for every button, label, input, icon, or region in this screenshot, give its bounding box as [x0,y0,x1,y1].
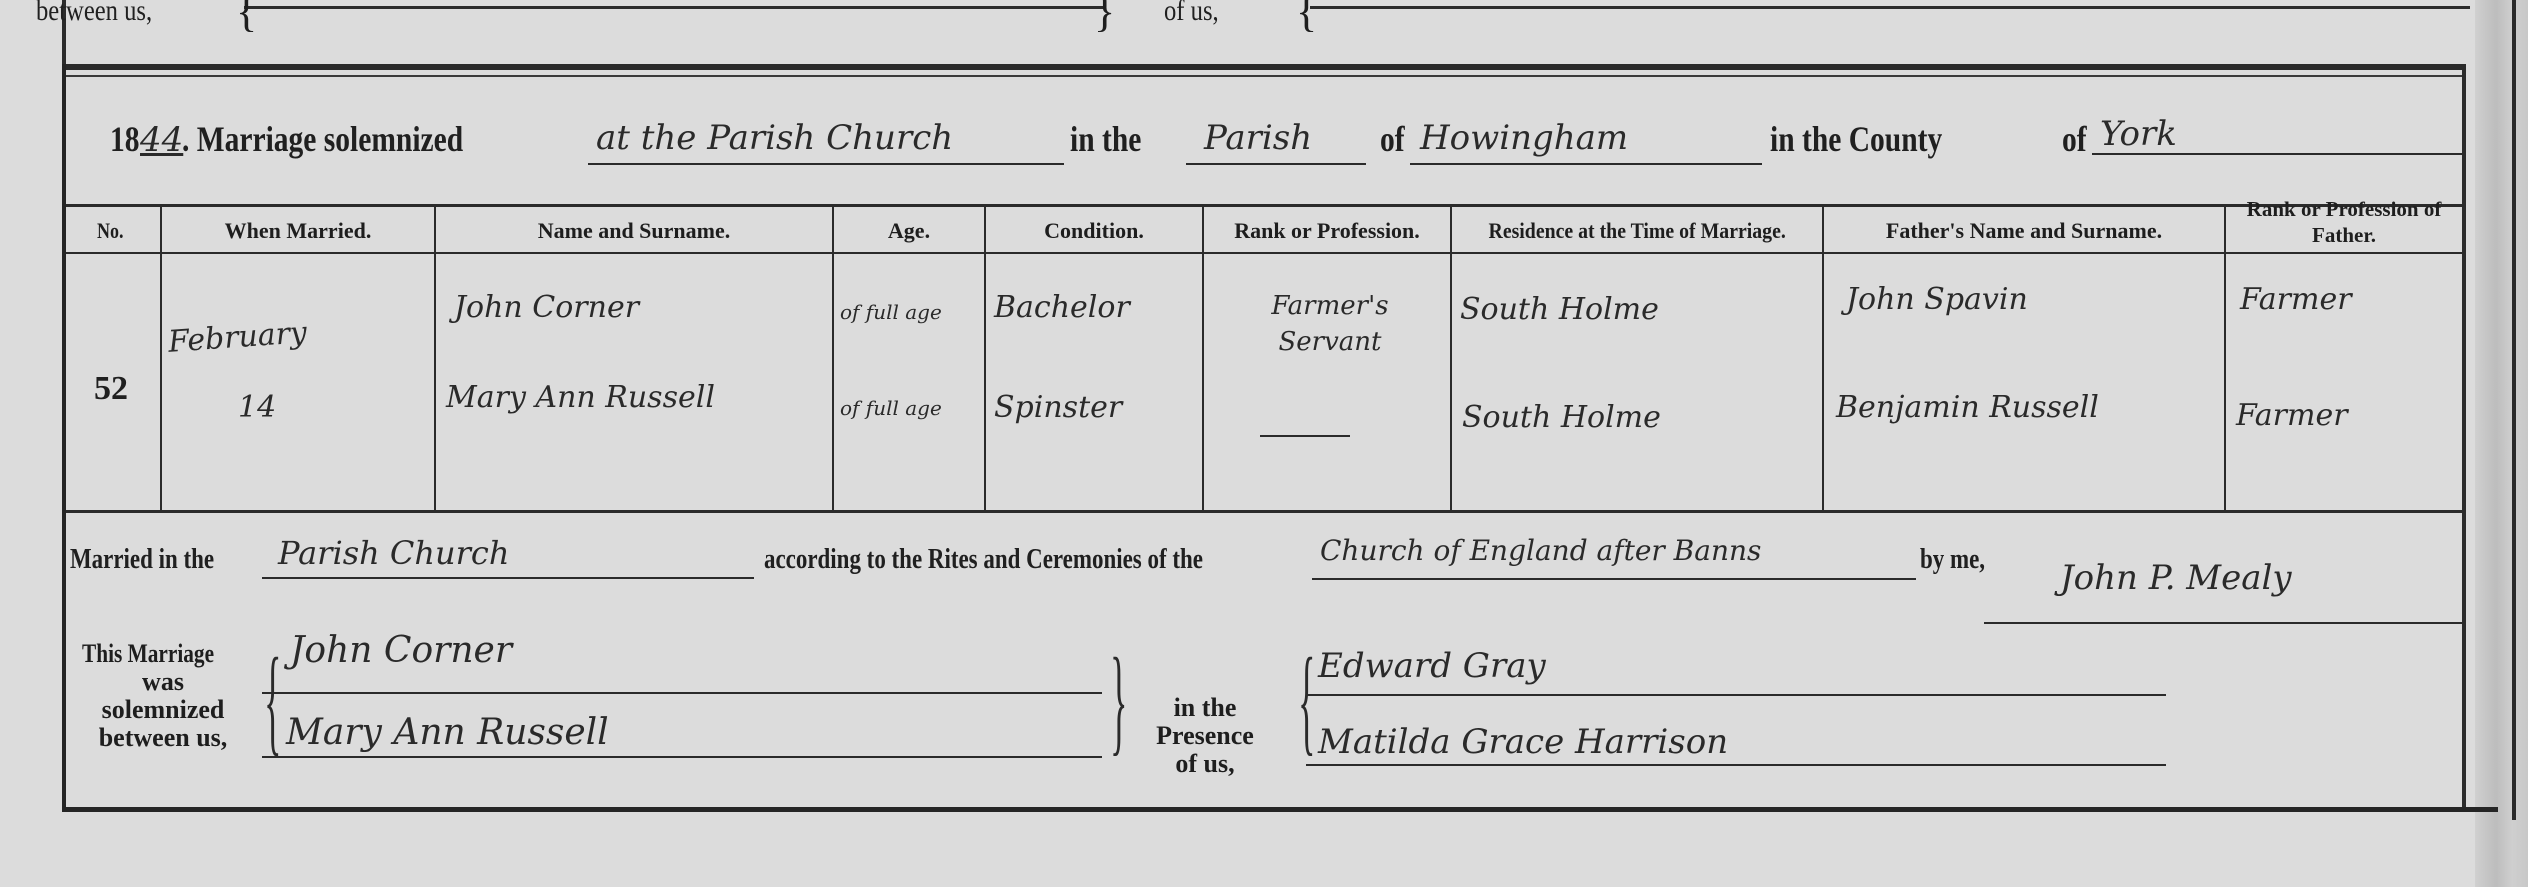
header-label: Residence at the Time of Marriage. [1488,218,1785,244]
label-line: was [142,668,184,696]
column-header-name: Name and Surname. [436,218,832,244]
label-line: between us, [99,724,228,752]
previous-entry-fragment: between us, { } of us, { [0,0,2528,60]
bride-residence: South Holme [1462,400,1661,435]
groom-residence: South Holme [1460,292,1659,327]
district-underline [1186,163,1366,165]
brace-icon: { [236,0,257,37]
table-bottom-rule [66,510,2462,513]
groom-age: of full age [840,300,942,324]
bride-signature: Mary Ann Russell [286,712,609,753]
header-label: Name and Surname. [538,218,731,244]
column-divider [2224,206,2226,512]
column-header-father-name: Father's Name and Surname. [1824,218,2224,244]
married-in-value: Parish Church [278,534,509,572]
column-header-residence: Residence at the Time of Marriage. [1452,218,1822,244]
column-header-when-married: When Married. [162,218,434,244]
frame-right-border [2462,64,2466,807]
column-header-rank: Rank or Profession. [1204,218,1450,244]
when-married-day: 14 [238,390,276,425]
header-label: Age. [888,218,930,244]
brace-icon: } [1110,640,1127,760]
column-divider [984,206,986,512]
place-underline [588,163,1064,165]
page-edge-border [2512,0,2516,820]
column-header-age: Age. [834,218,984,244]
header-label: Rank or Profession. [1234,218,1420,244]
rites-value: Church of England after Banns [1320,534,1761,567]
in-presence-of-us-label: in the Presence of us, [1140,694,1270,778]
previous-underline [1310,6,2470,9]
header-label: When Married. [225,218,372,244]
entry-number: 52 [94,370,128,408]
witness-2-underline [1306,764,2166,766]
previous-of-us-label: of us, [1164,0,1219,28]
witness-2-signature: Matilda Grace Harrison [1318,722,1728,762]
parish-underline [1410,163,1762,165]
officiant-underline [1984,622,2464,624]
label-line: This Marriage [82,640,214,668]
marriage-solemnized-label: . Marriage solemnized [182,118,463,160]
brace-icon: { [264,640,281,760]
by-me-label: by me, [1920,544,1985,576]
label-line: of us, [1175,750,1234,778]
groom-rank: Farmer's Servant [1220,288,1440,360]
bride-father-name: Benjamin Russell [1836,390,2099,425]
rites-underline [1312,578,1916,580]
solemnized-between-us-label: This Marriage was solemnized between us, [68,640,258,752]
header-bottom-rule [66,252,2462,254]
district-type: Parish [1204,118,1312,158]
header-label: Rank or Profession of Father. [2247,197,2442,247]
parish-name: Howingham [1420,118,1628,158]
marriage-place: at the Parish Church [596,118,953,158]
bride-name: Mary Ann Russell [446,380,715,415]
brace-icon: { [1298,640,1315,760]
married-in-underline [262,577,754,579]
column-divider [160,206,162,512]
groom-condition: Bachelor [994,290,1130,325]
marriage-entry-frame [62,64,2498,812]
groom-father-name: John Spavin [1846,282,2028,317]
married-in-label: Married in the [70,544,214,576]
label-line: in the [1174,694,1237,722]
groom-signature-underline [262,692,1102,694]
witness-1-signature: Edward Gray [1318,646,1546,686]
groom-signature: John Corner [290,630,512,671]
county-name: York [2100,114,2177,154]
bride-father-rank: Farmer [2236,398,2348,433]
header-label: Condition. [1044,218,1144,244]
in-the-label: in the [1070,118,1141,160]
bride-signature-underline [262,756,1102,758]
previous-between-us-label: between us, [36,0,152,28]
brace-icon: } [1094,0,1115,37]
column-header-father-rank: Rank or Profession of Father. [2226,196,2462,248]
table-top-rule [66,204,2462,207]
label-line: Presence [1156,722,1254,750]
label-line: solemnized [102,696,225,724]
column-divider [1450,206,1452,512]
column-divider [434,206,436,512]
bride-age: of full age [840,396,942,420]
column-header-condition: Condition. [986,218,1202,244]
bride-condition: Spinster [994,390,1122,425]
county-label: in the County [1770,118,1942,160]
of-label: of [1380,118,1405,160]
header-label: Father's Name and Surname. [1886,218,2162,244]
groom-father-rank: Farmer [2240,282,2352,317]
column-divider [1822,206,1824,512]
column-header-no: No. [66,218,160,244]
witness-1-underline [1306,694,2166,696]
county-of-label: of [2062,118,2087,160]
header-label: No. [97,218,124,244]
rites-label: according to the Rites and Ceremonies of… [764,544,1203,576]
year-prefix: 18 [110,118,140,160]
previous-underline [244,6,1104,9]
officiant-signature: John P. Mealy [2060,558,2292,598]
column-divider [1202,206,1204,512]
county-underline [2092,153,2462,155]
column-divider [832,206,834,512]
bride-rank-dash [1260,435,1350,437]
year-handwritten: 44 [140,120,183,160]
groom-name: John Corner [454,290,639,325]
